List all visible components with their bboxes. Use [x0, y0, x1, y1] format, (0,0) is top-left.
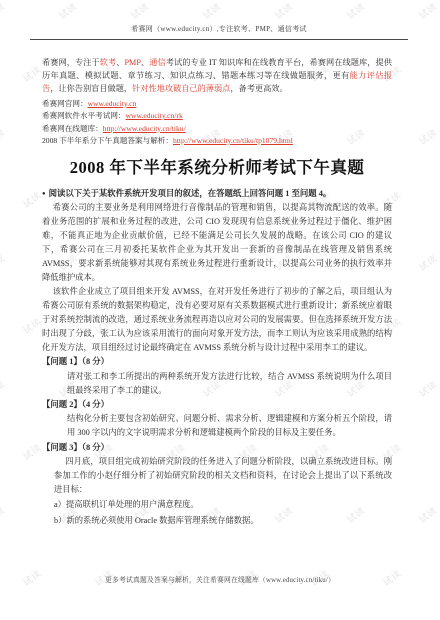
exam-instruction: ●阅读以下关于某软件系统开发项目的叙述，在答题纸上回答问题 1 至问题 4。 — [42, 187, 392, 201]
link-url[interactable]: http://www.educity.cn/tiku/ — [103, 124, 186, 133]
link-label: 希赛网在线题库： — [42, 124, 103, 133]
link-row: 2008 下半年系分下午真题答案与解析：http://www.educity.c… — [42, 135, 392, 147]
highlight-text: 针对性地攻破自己的薄弱点 — [132, 84, 230, 93]
intro-text: ，备考更高效。 — [230, 84, 287, 93]
intro-paragraph: 希赛网，专注于软考、PMP、通信考试的专业 IT 知识库和在线教育平台，希赛网在… — [42, 57, 392, 96]
exam-paragraph: 希赛公司的主要业务是利用网络进行音像制品的管理和销售，以提高其物流配送的效率。随… — [42, 201, 392, 285]
page-footer: 更多考试真题及答案与解析，关注希赛网在线题库（www.educity.cn/ti… — [0, 574, 440, 584]
questions-container: 【问题 1】（8 分）请对张工和李工所提出的两种系统开发方法进行比较，结合 AV… — [42, 355, 392, 528]
highlight-text: 通信 — [149, 58, 166, 67]
exam-instruction-text: 阅读以下关于某软件系统开发项目的叙述，在答题纸上回答问题 1 至问题 4。 — [49, 189, 332, 198]
bullet-icon: ● — [42, 191, 46, 197]
intro-text: 、 — [116, 58, 124, 67]
link-row: 希赛网在线题库：http://www.educity.cn/tiku/ — [42, 123, 392, 135]
question-body: 四月底，项目组完成初始研究阶段的任务进入了问题分析阶段，以确立系统改进目标。刚参… — [54, 455, 392, 498]
question-heading: 【问题 2】（4 分） — [42, 398, 392, 412]
question-heading: 【问题 3】（8 分） — [42, 441, 392, 455]
link-label: 2008 下半年系分下午真题答案与解析： — [42, 136, 173, 145]
intro-text: 、 — [141, 58, 149, 67]
link-url[interactable]: www.educity.cn — [88, 99, 137, 108]
highlight-text: 软考 — [100, 58, 117, 67]
document-page: 试读试读试读试读试读试读试读试读试读试读试读试读试读试读试读试读试读试读试读试读… — [0, 0, 440, 620]
links-list: 希赛网官网：www.educity.cn希赛网软件水平考试网：www.educi… — [42, 98, 392, 148]
link-label: 希赛网官网： — [42, 99, 88, 108]
link-label: 希赛网软件水平考试网： — [42, 111, 126, 120]
page-content: 希赛网（www.educity.cn）,专注软考、PMP、通信考试 希赛网，专注… — [0, 0, 440, 528]
link-url[interactable]: http://www.educity.cn/tiku/tp1079.html — [173, 136, 293, 145]
page-header: 希赛网（www.educity.cn）,专注软考、PMP、通信考试 — [30, 24, 408, 40]
link-url[interactable]: www.educity.cn/rk — [126, 111, 183, 120]
question-heading: 【问题 1】（8 分） — [42, 355, 392, 369]
question-body: a）提高联机订单处理的用户满意程度。 — [54, 497, 392, 513]
question-body: 结构化分析主要包含初始研究、问题分析、需求分析、逻辑建模和方案分析五个阶段，请用… — [67, 412, 392, 440]
intro-text: ，让你告别盲目做题， — [50, 84, 132, 93]
exam-paragraph: 该软件企业成立了项目组来开发 AVMSS，在对开发任务进行了初步的了解之后，项目… — [42, 285, 392, 355]
intro-text: 希赛网，专注于 — [42, 58, 100, 67]
question-body: b）新的系统必须使用 Oracle 数据库管理系统存储数据。 — [54, 513, 392, 529]
page-title: 2008 年下半年系统分析师考试下午真题 — [42, 154, 392, 178]
link-row: 希赛网软件水平考试网：www.educity.cn/rk — [42, 110, 392, 122]
link-row: 希赛网官网：www.educity.cn — [42, 98, 392, 110]
question-body: 请对张工和李工所提出的两种系统开发方法进行比较，结合 AVMSS 系统说明为什么… — [67, 370, 392, 398]
highlight-text: PMP — [125, 58, 141, 67]
